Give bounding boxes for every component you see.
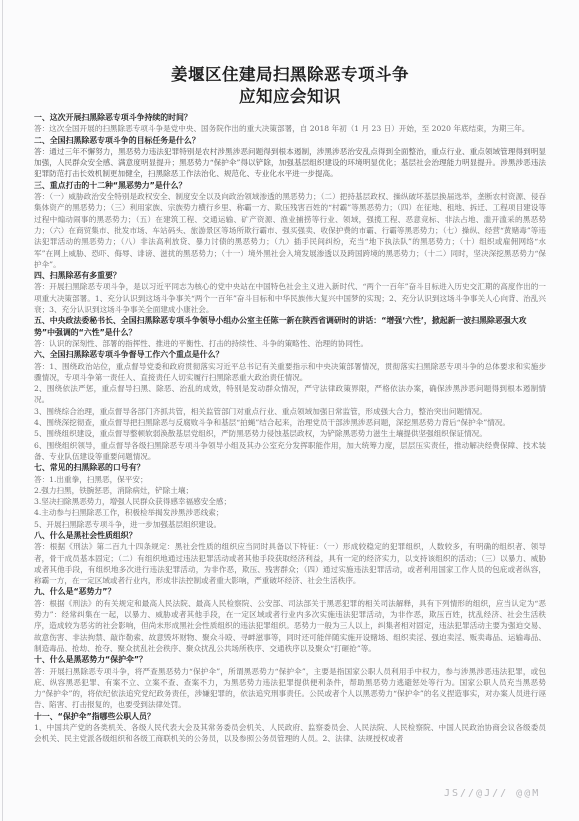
section-6: 六、全国扫黑除恶专项斗争督导工作六个重点是什么？ 答：1、围绕政治站位，重点督导… <box>34 349 546 462</box>
slogan-item: 答：1.出重拳，扫黑恶，保平安； <box>34 474 546 485</box>
section-2: 二、全国扫黑除恶专项斗争的目标任务是什么？ 答：通过三年不懈努力，黑恶势力违法犯… <box>34 135 546 180</box>
question-heading: 七、常见的扫黑除恶的口号有？ <box>34 462 546 473</box>
answer-paragraph: 答：（一）威胁政治安全特别是政权安全、制度安全以及向政治领域渗透的黑恶势力；（二… <box>34 191 546 270</box>
answer-paragraph: 2、围绕依法严惩，重点督导扫黑、除恶、治乱的成效，特别是发动群众情况，严守法律政… <box>34 383 546 406</box>
watermark: JS//@J// @@M <box>444 788 540 799</box>
answer-paragraph: 答：根据《刑法》的有关规定和最高人民法院、最高人民检察院、公安部、司法部关于黑恶… <box>34 598 546 654</box>
answer-paragraph: 答：开展扫黑除恶专项斗争，是以习近平同志为核心的党中央站在中国特色社会主义进入新… <box>34 281 546 315</box>
question-heading: 九、什么是“恶势力”？ <box>34 586 546 597</box>
slogan-item: 5、开展扫黑除恶专项斗争，进一步加强基层组织建设。 <box>34 519 546 530</box>
question-heading: 八、什么是黑社会性质组织？ <box>34 530 546 541</box>
question-heading: 十一、“保护伞”指哪些公职人员？ <box>34 711 546 722</box>
question-heading: 四、扫黑除恶有多重要？ <box>34 270 546 281</box>
section-9: 九、什么是“恶势力”？ 答：根据《刑法》的有关规定和最高人民法院、最高人民检察院… <box>34 586 546 654</box>
answer-paragraph: 4、围绕深挖彻查，重点督导把扫黑除恶与反腐败斗争和基层“拍蝇”结合起来，治理党员… <box>34 417 546 428</box>
answer-paragraph: 答：根据《刑法》第二百九十四条规定：黑社会性质的组织应当同时具备以下特征：（一）… <box>34 541 546 586</box>
title-line-2: 应知应会知识 <box>34 86 546 108</box>
question-heading: 十、什么是黑恶势力“保护伞”？ <box>34 654 546 665</box>
slogan-item: 3.坚决扫除黑恶势力，增强人民群众获得感幸福感安全感； <box>34 496 546 507</box>
section-5: 五、中央政法委秘书长、全国扫黑除恶专项斗争领导小组办公室主任陈一新在陕西省调研时… <box>34 315 546 349</box>
question-heading: 一、这次开展扫黑除恶专项斗争持续的时间？ <box>34 112 546 123</box>
answer-paragraph: 6、围绕组织领导，重点督导各级扫黑除恶专项斗争领导小组及其办公室充分发挥职能作用… <box>34 440 546 463</box>
section-10: 十、什么是黑恶势力“保护伞”？ 答：开展扫黑除恶专项斗争，将严查黑恶势力“保护伞… <box>34 654 546 710</box>
section-7: 七、常见的扫黑除恶的口号有？ 答：1.出重拳，扫黑恶，保平安； 2.强力扫黑，铁… <box>34 462 546 530</box>
answer-paragraph: 答：1、围绕政治站位，重点督导党委和政府贯彻落实习近平总书记有关重要指示和中央决… <box>34 361 546 384</box>
answer-paragraph: 答：开展扫黑除恶专项斗争，将严查黑恶势力“保护伞”，所谓黑恶势力“保护伞”，主要… <box>34 666 546 711</box>
scan-edge <box>2 0 3 821</box>
answer-paragraph: 1、中国共产党的各类机关、各级人民代表大会及其常务委员会机关、人民政府、监察委员… <box>34 722 546 745</box>
document-title: 姜堰区住建局扫黑除恶专项斗争 应知应会知识 <box>34 64 546 108</box>
answer-paragraph: 答：认识的深刻性、部署的指挥性、推进的平衡性、打击的持续性、斗争的策略性、治理的… <box>34 338 546 349</box>
question-heading: 二、全国扫黑除恶专项斗争的目标任务是什么？ <box>34 135 546 146</box>
section-11: 十一、“保护伞”指哪些公职人员？ 1、中国共产党的各类机关、各级人民代表大会及其… <box>34 711 546 745</box>
question-heading: 三、重点打击的十二种“黑恶势力”是什么？ <box>34 180 546 191</box>
question-heading: 五、中央政法委秘书长、全国扫黑除恶专项斗争领导小组办公室主任陈一新在陕西省调研时… <box>34 315 546 338</box>
slogan-item: 4.主动参与扫黑除恶工作，积极检举揭发涉黑涉恶线索； <box>34 507 546 518</box>
title-line-1: 姜堰区住建局扫黑除恶专项斗争 <box>34 64 546 86</box>
answer-paragraph: 答：通过三年不懈努力，黑恶势力违法犯罪特别是农村涉黑涉恶问题得到根本遏制，涉黑涉… <box>34 146 546 180</box>
question-heading: 六、全国扫黑除恶专项斗争督导工作六个重点是什么？ <box>34 349 546 360</box>
section-4: 四、扫黑除恶有多重要？ 答：开展扫黑除恶专项斗争，是以习近平同志为核心的党中央站… <box>34 270 546 315</box>
answer-paragraph: 3、围绕综合治理，重点督导各部门齐抓共管，相关监管部门对重点行业、重点领域加强日… <box>34 406 546 417</box>
section-3: 三、重点打击的十二种“黑恶势力”是什么？ 答：（一）威胁政治安全特别是政权安全、… <box>34 180 546 270</box>
document-page: 姜堰区住建局扫黑除恶专项斗争 应知应会知识 一、这次开展扫黑除恶专项斗争持续的时… <box>34 64 546 745</box>
section-8: 八、什么是黑社会性质组织？ 答：根据《刑法》第二百九十四条规定：黑社会性质的组织… <box>34 530 546 586</box>
answer-paragraph: 答：这次全国开展的扫黑除恶专项斗争是党中央、国务院作出的重大决策部署，自 201… <box>34 123 546 134</box>
answer-paragraph: 5、围绕组织建设，重点督导整顿软弱涣散基层党组织，严防黑恶势力侵蚀基层政权，为铲… <box>34 428 546 439</box>
section-1: 一、这次开展扫黑除恶专项斗争持续的时间？ 答：这次全国开展的扫黑除恶专项斗争是党… <box>34 112 546 135</box>
slogan-item: 2.强力扫黑，铁腕惩恶，消除病灶，铲除土壤； <box>34 485 546 496</box>
